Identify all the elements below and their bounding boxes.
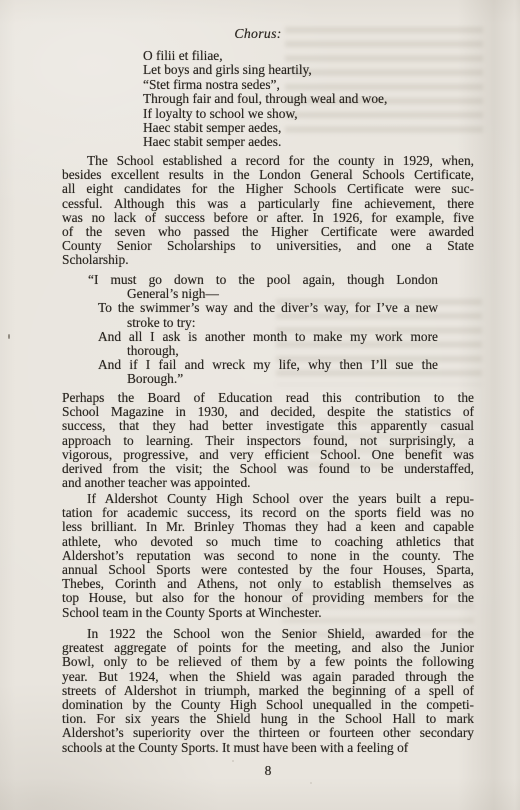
page-number: 8	[62, 763, 474, 779]
ink-speck	[310, 782, 312, 784]
chorus-heading: Chorus:	[56, 27, 460, 41]
ink-speck	[8, 334, 10, 339]
ink-speck	[232, 760, 234, 762]
paragraph-board-of-education: Perhaps the Board of Education read this…	[62, 391, 474, 490]
paragraph-senior-shield: In 1922 the School won the Senior Shield…	[62, 627, 474, 755]
paragraph-sports-reputation: If Aldershot County High School over the…	[62, 492, 474, 620]
scanned-book-page: Chorus: O filii et filiae,Let boys and g…	[0, 0, 520, 810]
paragraph-school-record: The School established a record for the …	[62, 154, 474, 268]
verse-pool-parody: “I must go down to the pool again, thoug…	[98, 273, 438, 387]
verse-chorus: O filii et filiae,Let boys and girls sin…	[143, 49, 473, 150]
